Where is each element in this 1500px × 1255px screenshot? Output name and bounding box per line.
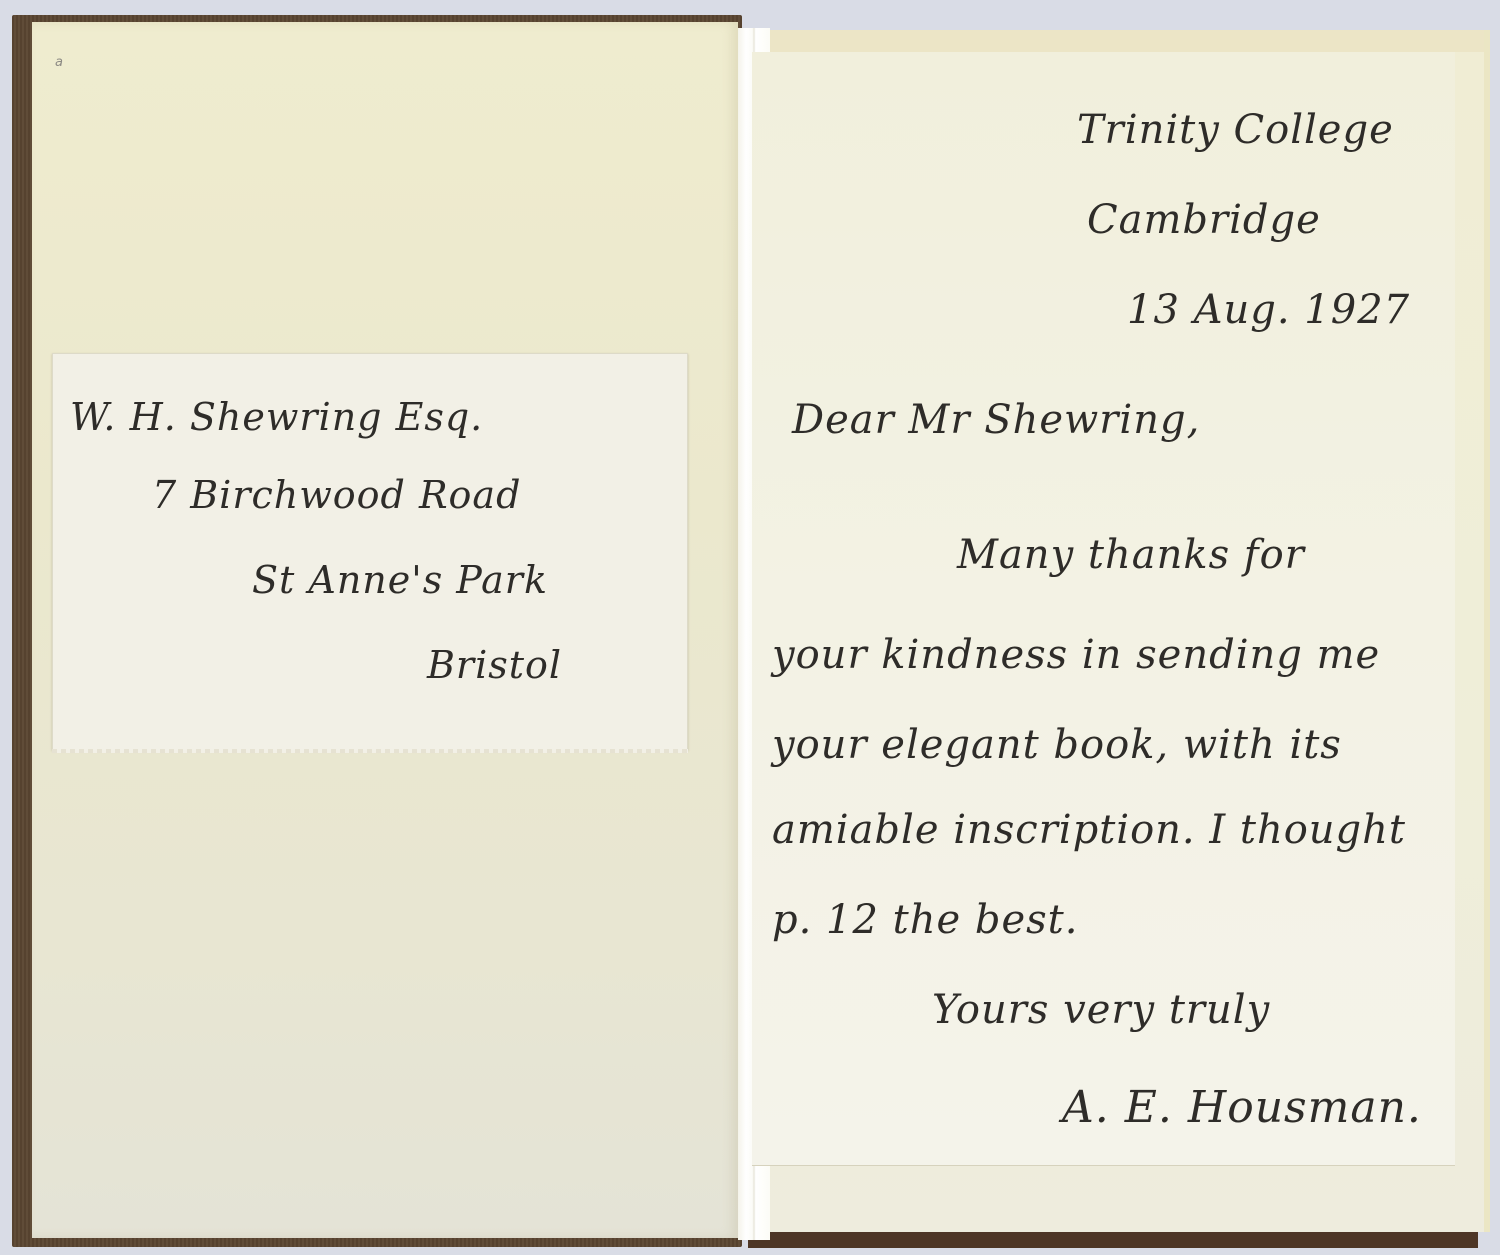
letter-closing: Yours very truly [932,987,1270,1033]
letter-address-line-1: Trinity College [1077,107,1394,153]
letter-salutation: Dear Mr Shewring, [792,397,1200,443]
envelope-street: 7 Birchwood Road [152,473,521,517]
letter-body-line-1: Many thanks for [957,532,1305,578]
letter-date: 13 Aug. 1927 [1127,287,1410,333]
handwritten-letter: Trinity College Cambridge 13 Aug. 1927 D… [752,52,1455,1166]
letter-body-line-2: your kindness in sending me [772,632,1380,678]
envelope-city: Bristol [427,643,562,687]
letter-signature: A. E. Housman. [1062,1082,1422,1133]
pencil-mark: a [55,55,63,70]
letter-address-line-2: Cambridge [1087,197,1321,243]
envelope-addressee: W. H. Shewring Esq. [70,395,483,439]
letter-body-line-5: p. 12 the best. [772,897,1078,943]
letter-body-line-4: amiable inscription. I thought [772,807,1406,853]
letter-body-line-3: your elegant book, with its [772,722,1342,768]
envelope-district: St Anne's Park [252,558,548,602]
envelope: W. H. Shewring Esq. 7 Birchwood Road St … [52,353,688,750]
right-page-top-edge [760,30,1484,52]
